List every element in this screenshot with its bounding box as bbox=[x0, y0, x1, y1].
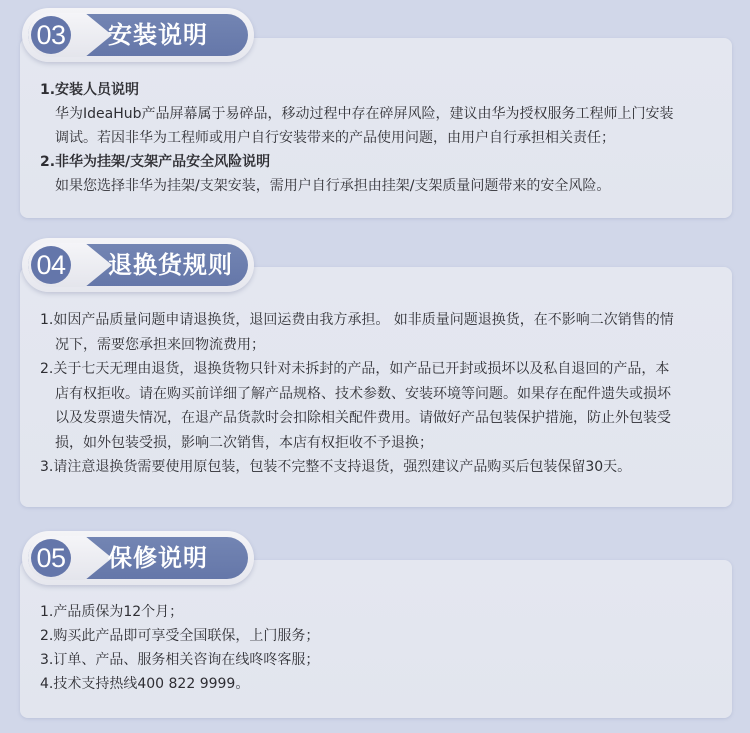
warranty-item-1: 1.产品质保为12个月； bbox=[40, 600, 728, 624]
section-title: 安装说明 bbox=[108, 8, 208, 62]
support-hotline: 4.技术支持热线400 822 9999。 bbox=[40, 672, 728, 696]
warranty-item-2: 2.购买此产品即可享受全国联保，上门服务； bbox=[40, 624, 728, 648]
section-number: 05 bbox=[31, 539, 71, 577]
return-rule-2-line-3: 以及发票遗失情况，在退产品货款时会扣除相关配件费用。请做好产品包装保护措施，防止… bbox=[40, 406, 728, 431]
installer-heading: 1.安装人员说明 bbox=[40, 78, 728, 102]
return-policy-header: 04 退换货规则 bbox=[22, 238, 254, 292]
return-rule-2-line-2: 店有权拒收。请在购买前详细了解产品规格、技术参数、安装环境等问题。如果存在配件遗… bbox=[40, 382, 728, 407]
bracket-risk-body: 如果您选择非华为挂架/支架安装，需用户自行承担由挂架/支架质量问题带来的安全风险… bbox=[40, 174, 728, 198]
section-title: 退换货规则 bbox=[108, 238, 233, 292]
installer-body-line-2: 调试。若因非华为工程师或用户自行安装带来的产品使用问题，由用户自行承担相关责任； bbox=[40, 126, 728, 150]
installation-content: 1.安装人员说明 华为IdeaHub产品屏幕属于易碎品，移动过程中存在碎屏风险，… bbox=[40, 78, 728, 198]
return-rule-2-line-4: 损，如外包装受损，影响二次销售，本店有权拒收不予退换； bbox=[40, 431, 728, 456]
return-policy-content: 1.如因产品质量问题申请退换货，退回运费由我方承担。 如非质量问题退换货，在不影… bbox=[40, 308, 728, 480]
return-rule-1-line-1: 1.如因产品质量问题申请退换货，退回运费由我方承担。 如非质量问题退换货，在不影… bbox=[40, 308, 728, 333]
warranty-content: 1.产品质保为12个月； 2.购买此产品即可享受全国联保，上门服务； 3.订单、… bbox=[40, 600, 728, 696]
return-rule-1-line-2: 况下，需要您承担来回物流费用； bbox=[40, 333, 728, 358]
return-rule-3: 3.请注意退换货需要使用原包装，包装不完整不支持退货，强烈建议产品购买后包装保留… bbox=[40, 455, 728, 480]
section-number: 03 bbox=[31, 16, 71, 54]
section-title: 保修说明 bbox=[108, 531, 208, 585]
installation-header: 03 安装说明 bbox=[22, 8, 254, 62]
warranty-item-3: 3.订单、产品、服务相关咨询在线咚咚客服； bbox=[40, 648, 728, 672]
return-rule-2-line-1: 2.关于七天无理由退货，退换货物只针对未拆封的产品，如产品已开封或损坏以及私自退… bbox=[40, 357, 728, 382]
after-sales-info-page: 03 安装说明 1.安装人员说明 华为IdeaHub产品屏幕属于易碎品，移动过程… bbox=[0, 0, 750, 733]
section-number: 04 bbox=[31, 246, 71, 284]
warranty-header: 05 保修说明 bbox=[22, 531, 254, 585]
bracket-risk-heading: 2.非华为挂架/支架产品安全风险说明 bbox=[40, 150, 728, 174]
installer-body-line-1: 华为IdeaHub产品屏幕属于易碎品，移动过程中存在碎屏风险，建议由华为授权服务… bbox=[40, 102, 728, 126]
